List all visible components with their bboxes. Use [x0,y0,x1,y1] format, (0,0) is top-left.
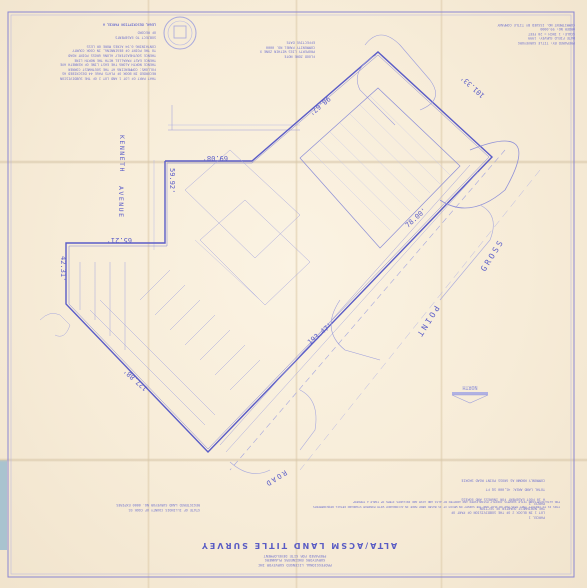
building-footprint [300,88,460,248]
street-kenneth: KENNETH [118,135,126,173]
survey-sheet: NORTH KENNETH AVENUE GROSS POINT ROAD 10… [0,0,587,588]
dimension-label: 65.21' [107,236,132,244]
flood-zone-note: FLOOD ZONE NOTE PROPERTY LIES WITHIN ZON… [205,40,315,58]
property-boundary [66,52,492,452]
north-label: NORTH [462,384,477,390]
dimension-label: 59.92' [168,168,176,193]
north-arrow-icon [452,392,488,403]
street-point: POINT [414,304,441,340]
dimension-label: 98.67' [307,94,332,116]
legal-description-note: THAT PART OF LOT 1 AND LOT 2 OF THE SUBD… [16,30,156,81]
street-gross: GROSS [479,237,506,273]
parcel-description-note: PARCEL 1 LOT 1 IN BLOCK 2 OF THE SUBDIVI… [395,478,545,519]
document-title: ALTA/ACSM LAND TITLE SURVEY [200,541,397,550]
dimension-label: 42.31' [59,256,67,281]
title-subtitle: PROFESSIONAL LICENSED SURVEYOR INC SURVE… [200,553,390,567]
street-avenue: AVENUE [117,186,125,218]
state-county-note: STATE OF ILLINOIS COUNTY OF COOK SS REGI… [100,503,200,512]
dimension-label: 127.88' [122,367,149,393]
surveyor-info-note: PREPARED BY: TITLE SURVEYORS DATE FIELD … [465,22,575,45]
dimension-label: 69.08' [203,154,228,162]
dimension-label: 101.33' [459,74,486,100]
seal-stamp-icon [164,17,196,49]
legal-description-header: LEGAL DESCRIPTION PARCEL A [16,22,156,27]
parking-stalls [80,150,310,425]
dimension-label: 78.00' [404,207,428,230]
dimension-label: 193.47' [306,321,334,346]
